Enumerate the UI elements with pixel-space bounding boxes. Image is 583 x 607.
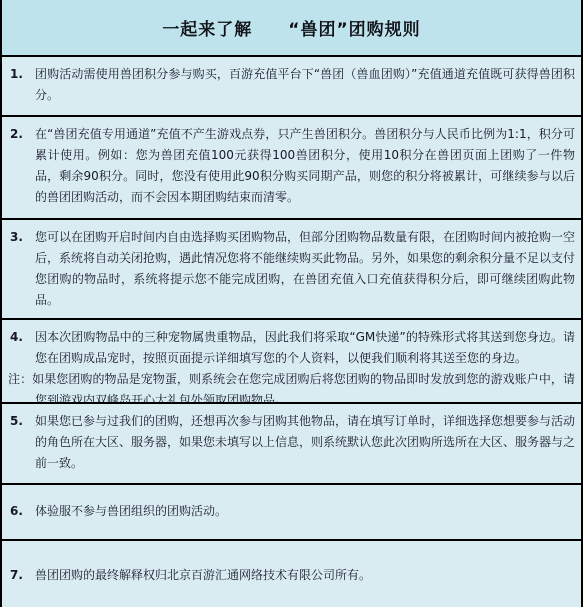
rule-text: 兽团团购的最终解释权归北京百游汇通网络技术有限公司所有。 [35, 565, 575, 586]
rule-text: 体验服不参与兽团组织的团购活动。 [35, 501, 575, 522]
rules-page: 一起来了解 “兽团”团购规则 1. 团购活动需使用兽团积分参与购买，百游充值平台… [0, 0, 583, 607]
rule-row-3: 3. 您可以在团购开启时间内自由选择购买团购物品，但部分团购物品数量有限，在团购… [2, 220, 581, 320]
rule-row-1: 1. 团购活动需使用兽团积分参与购买，百游充值平台下“兽团（兽血团购）”充值通道… [2, 57, 581, 117]
rule-row-4: 4. 因本次团购物品中的三种宠物属贵重物品，因此我们将采取“GM快递”的特殊形式… [2, 320, 581, 404]
rule-number: 3. [10, 227, 23, 248]
rule-row-7: 7. 兽团团购的最终解释权归北京百游汇通网络技术有限公司所有。 [2, 541, 581, 607]
page-title: 一起来了解 “兽团”团购规则 [162, 15, 420, 40]
rule-row-6: 6. 体验服不参与兽团组织的团购活动。 [2, 485, 581, 541]
rule-text: 在“兽团充值专用通道”充值不产生游戏点券，只产生兽团积分。兽团积分与人民币比例为… [35, 124, 575, 208]
rule-text: 您可以在团购开启时间内自由选择购买团购物品，但部分团购物品数量有限，在团购时间内… [35, 227, 575, 311]
rule-number: 7. [10, 565, 23, 586]
rule-row-5: 5. 如果您已参与过我们的团购，还想再次参与团购其他物品，请在填写订单时，详细选… [2, 404, 581, 485]
rule-text: 团购活动需使用兽团积分参与购买，百游充值平台下“兽团（兽血团购）”充值通道充值既… [35, 64, 575, 106]
rule-text: 因本次团购物品中的三种宠物属贵重物品，因此我们将采取“GM快递”的特殊形式将其送… [35, 327, 575, 369]
page-header: 一起来了解 “兽团”团购规则 [2, 0, 581, 57]
rule-number: 6. [10, 501, 23, 522]
rule-text: 如果您已参与过我们的团购，还想再次参与团购其他物品，请在填写订单时，详细选择您想… [35, 411, 575, 474]
rule-number: 1. [10, 64, 23, 85]
rule-number: 5. [10, 411, 23, 432]
rule-note: 注：如果您团购的物品是宠物蛋，则系统会在您完成团购后将您团购的物品即时发放到您的… [5, 369, 575, 404]
rule-number: 2. [10, 124, 23, 145]
rule-row-2: 2. 在“兽团充值专用通道”充值不产生游戏点券，只产生兽团积分。兽团积分与人民币… [2, 117, 581, 220]
rule-number: 4. [10, 327, 23, 348]
